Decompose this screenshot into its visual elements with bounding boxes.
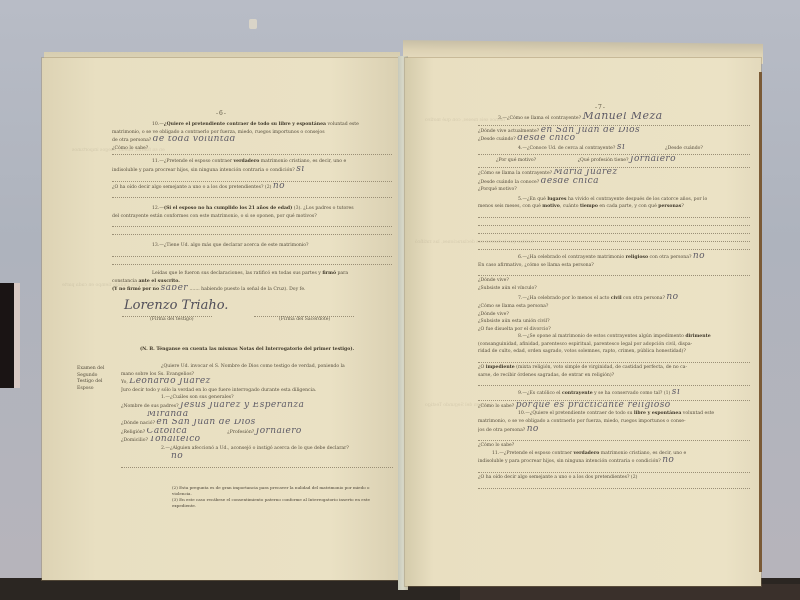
left-questions: 10.—¿Quiere el pretendiente contraer de …	[112, 121, 392, 294]
question-9: 9.—¿Es católico el contrayente y se ha c…	[478, 389, 750, 398]
dotted-line	[478, 269, 750, 276]
question-1: 1.—¿Cuáles son sus generales?	[121, 394, 393, 402]
residence-answer: en San Juan de Dios	[541, 127, 640, 135]
answer-handwritten: saber	[161, 285, 188, 293]
dotted-line	[478, 482, 750, 489]
table-bottom-right	[460, 584, 800, 600]
groom-name: Manuel Meza	[583, 112, 663, 122]
answer-handwritten: de toda voluntad	[153, 136, 236, 144]
answer-handwritten: no	[273, 183, 285, 191]
dotted-line	[478, 379, 750, 386]
dotted-line	[478, 434, 750, 441]
witness-name: Leonardo Juárez	[129, 378, 210, 386]
signature-line	[254, 310, 354, 317]
dotted-line	[112, 191, 392, 198]
dotted-line	[478, 356, 750, 363]
footnote-2: (2) Esta pregunta es de gran importancia…	[172, 485, 387, 497]
question-10: 10.—¿Quiere el pretendiente contraer de …	[112, 121, 392, 129]
question-3: 3.—¿Cómo se llama el contrayente? Manuel…	[478, 112, 750, 123]
page-number: -7-	[595, 104, 606, 111]
question-11: 11.—¿Pretende el esposo contraer verdade…	[478, 450, 750, 458]
question-4: 4.—¿Conoce Ud. de cerca al contrayente? …	[478, 144, 750, 153]
question-11: 11.—¿Pretende el esposo contraer verdade…	[112, 158, 392, 166]
dotted-line	[478, 165, 750, 168]
dotted-line	[112, 250, 392, 257]
dotted-line	[478, 466, 750, 473]
right-page: menos seis meses, con qué motivo Leídas …	[405, 58, 761, 586]
parents-answer: Jesús Juárez y Esperanza	[180, 402, 304, 410]
answer-handwritten: sí	[296, 166, 304, 174]
question-6: 6.—¿Ha celebrado el contrayente matrimon…	[478, 253, 750, 262]
dotted-line	[112, 152, 392, 155]
dotted-line	[478, 123, 750, 126]
witness-label: (Firma del testigo)	[150, 317, 194, 322]
dotted-line	[478, 227, 750, 234]
known-since-answer: desde chica	[541, 178, 599, 186]
dotted-line	[112, 175, 392, 182]
dotted-line	[478, 235, 750, 242]
page-edge-right	[759, 72, 762, 572]
profession-answer: Jornalero	[256, 428, 302, 436]
right-questions: 3.—¿Cómo se llama el contrayente? Manuel…	[478, 112, 750, 490]
religion-answer: Católica	[147, 428, 188, 436]
signature-line	[122, 310, 212, 317]
birthplace-answer: en San Juan de Dios	[156, 419, 255, 427]
left-page: en su fuerza, miedo, ruegos importunos c…	[42, 58, 402, 580]
footnotes: (2) Esta pregunta es de gran importancia…	[172, 485, 387, 509]
dotted-line	[121, 461, 393, 468]
question-8: 8.—¿Se opone al matrimonio de estos cont…	[478, 333, 750, 341]
second-witness-exam: ¿Quiere Ud. invocar el S. Nombre de Dios…	[121, 363, 393, 469]
domicile-answer: Tonaltelco	[149, 436, 200, 444]
question-7: 7.—¿Ha celebrado por lo menos el acto ci…	[478, 294, 750, 303]
pin	[249, 19, 257, 29]
dotted-line	[112, 258, 392, 265]
dotted-line	[478, 211, 750, 218]
dotted-line	[112, 228, 392, 235]
dotted-line	[478, 243, 750, 250]
dotted-line	[478, 152, 750, 155]
sidebar-label: Examen del Segundo Testigo del Esposo	[77, 366, 113, 392]
question-2: 2.—¿Alguien afeccionó a Ud., aconsejó o …	[121, 445, 393, 453]
paper-edge-left	[14, 283, 20, 388]
question-10: 10.—¿Quiere el pretendiente contraer de …	[478, 410, 750, 418]
page-number: -6-	[216, 110, 227, 117]
answer-handwritten: no	[171, 453, 183, 461]
priest-label: (Firma del Sacerdote)	[279, 317, 330, 322]
nb-note: (N. B. Ténganse en cuenta las mismas Not…	[140, 346, 390, 354]
profession-answer: Jornalero	[630, 156, 676, 164]
question-13: 13.—¿Tiene Ud. algo más que declarar ace…	[112, 242, 392, 250]
closing-statement: Leídas que le fueron sus declaraciones, …	[112, 270, 392, 278]
question-12: 12.—(Si el esposo no ha cumplido los 21 …	[112, 205, 392, 213]
question-5: 5.—¿En qué lugares ha vivido el contraye…	[478, 196, 750, 204]
dotted-line	[478, 398, 750, 401]
oath-question: ¿Quiere Ud. invocar el S. Nombre de Dios…	[121, 363, 393, 371]
footnote-3: (3) En este caso recábese el consentimie…	[172, 497, 387, 509]
dotted-line	[478, 219, 750, 226]
dotted-line	[112, 220, 392, 227]
how-known-answer: porque es practicante religioso	[516, 402, 671, 410]
bride-name: María Juárez	[554, 169, 618, 177]
dark-object-left	[0, 283, 14, 388]
since-answer: desde chico	[517, 135, 575, 143]
